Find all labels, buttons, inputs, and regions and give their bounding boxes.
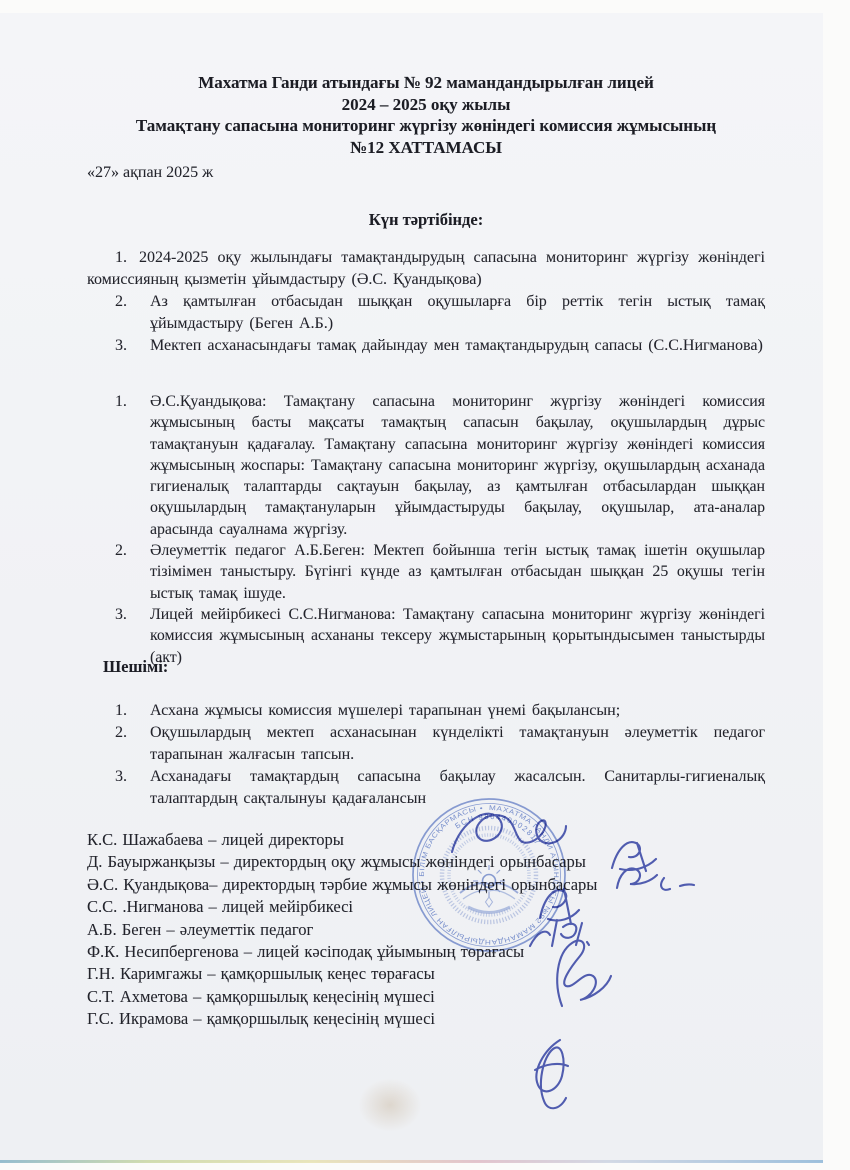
list-item-number: 3. (115, 604, 127, 625)
list-item-number: 2. (115, 291, 127, 313)
title-line-year: 2024 – 2025 оқу жылы (87, 94, 765, 116)
list-item-number: 1. (115, 391, 127, 412)
scanned-protocol-document: Махатма Ганди атындағы № 92 мамандандыры… (0, 0, 850, 1170)
list-item-text: Аз қамтылған отбасыдан шыққан оқушыларға… (150, 293, 765, 332)
agenda-item: 2.Аз қамтылған отбасыдан шыққан оқушылар… (87, 291, 765, 335)
signatory-line: Г.Н. Каримгажы – қамқоршылық кеңес төрағ… (87, 963, 765, 985)
scan-edge-artifact (0, 1160, 823, 1163)
official-round-stamp: МАХАТМА ГАНДИ АТЫНДАҒЫ №92 МАМАНДАНДЫРЫЛ… (408, 794, 570, 956)
list-item-number: 1. (115, 700, 127, 722)
decision-item: 1.Асхана жұмысы комиссия мүшелері тарапы… (87, 700, 765, 722)
discussion-item: 2.Әлеуметтік педагог А.Б.Беген: Мектеп б… (87, 540, 765, 604)
signatory-line: С.Т. Ахметова – қамқоршылық кеңесінің мү… (87, 986, 765, 1008)
list-item-number: 2. (115, 540, 127, 561)
discussion-list: 1.Ә.С.Қуандықова: Тамақтану сапасына мон… (87, 391, 765, 668)
scan-smudge (358, 1078, 422, 1132)
discussion-item: 1.Ә.С.Қуандықова: Тамақтану сапасына мон… (87, 391, 765, 540)
list-item-text: Әлеуметтік педагог А.Б.Беген: Мектеп бой… (150, 542, 765, 602)
stamp-emblem-sun (473, 865, 505, 897)
list-item-number: 1. (115, 249, 127, 266)
signatory-line: Г.С. Икрамова – қамқоршылық кеңесінің мү… (87, 1008, 765, 1030)
list-item-number: 3. (115, 766, 127, 788)
agenda-heading: Күн тәртібінде: (87, 210, 765, 230)
title-line-protocol-number: №12 ХАТТАМАСЫ (87, 137, 765, 159)
decision-item: 2.Оқушылардың мектеп асханасынан күнделі… (87, 722, 765, 766)
agenda-item: 3.Мектеп асханасындағы тамақ дайындау ме… (87, 335, 765, 357)
list-item-number: 2. (115, 722, 127, 744)
stamp-graphic: МАХАТМА ГАНДИ АТЫНДАҒЫ №92 МАМАНДАНДЫРЫЛ… (408, 794, 570, 956)
list-item-text: 2024-2025 оқу жылындағы тамақтандырудың … (87, 249, 765, 288)
document-date: «27» ақпан 2025 ж (87, 164, 765, 182)
title-line-school: Махатма Ганди атындағы № 92 мамандандыры… (87, 72, 765, 94)
agenda-item: 1.2024-2025 оқу жылындағы тамақтандыруды… (87, 247, 765, 291)
list-item-text: Мектеп асханасындағы тамақ дайындау мен … (150, 337, 763, 354)
list-item-text: Асхана жұмысы комиссия мүшелері тарапына… (150, 702, 620, 719)
list-item-number: 3. (115, 335, 127, 357)
decision-heading: Шешімі: (87, 657, 781, 677)
list-item-text: Ә.С.Қуандықова: Тамақтану сапасына монит… (150, 393, 765, 538)
title-line-commission: Тамақтану сапасына мониторинг жүргізу жө… (87, 115, 765, 137)
agenda-list: 1.2024-2025 оқу жылындағы тамақтандыруды… (87, 247, 765, 357)
list-item-text: Оқушылардың мектеп асханасынан күнделікт… (150, 724, 765, 763)
document-title-block: Махатма Ганди атындағы № 92 мамандандыры… (87, 72, 765, 158)
